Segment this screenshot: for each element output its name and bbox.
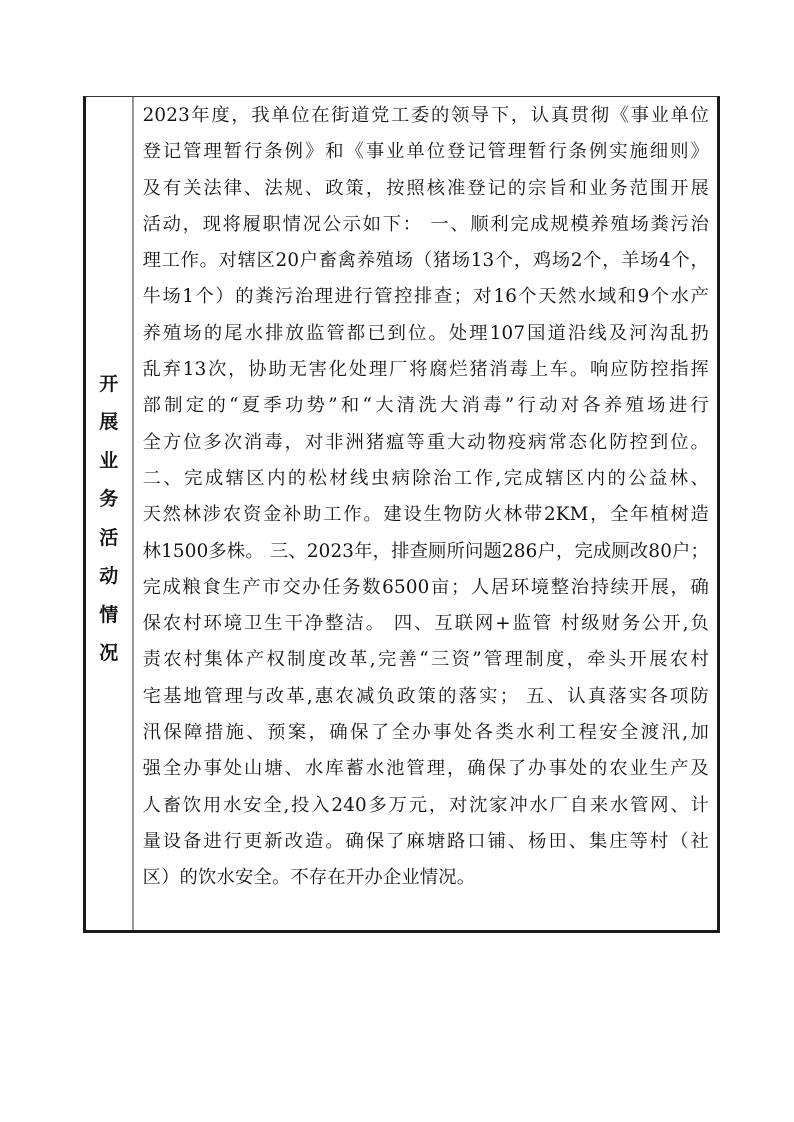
- document-page: 开 展 业 务 活 动 情 况 2023年度，我单位在街道党工委的领导下，认真贯…: [0, 0, 794, 1122]
- label-char: 动: [99, 557, 118, 596]
- activity-table: 开 展 业 务 活 动 情 况 2023年度，我单位在街道党工委的领导下，认真贯…: [83, 96, 720, 933]
- label-char: 开: [99, 365, 118, 404]
- text-line: 保农村环境卫生干净整洁。 四、互联网+监管 村级财务公开,负: [143, 606, 709, 642]
- label-cell: 开 展 业 务 活 动 情 况: [86, 97, 134, 930]
- text-line: 人畜饮用水安全,投入240多万元，对沈家冲水厂自来水管网、计: [143, 788, 709, 824]
- text-line: 登记管理暂行条例》和《事业单位登记管理暂行条例实施细则》: [143, 134, 709, 170]
- label-char: 业: [99, 442, 118, 481]
- text-line: 牛场1个）的粪污治理进行管控排查；对16个天然水域和9个水产: [143, 279, 709, 315]
- text-line: 责农村集体产权制度改革,完善“三资”管理制度，牵头开展农村: [143, 642, 709, 678]
- text-line: 天然林涉农资金补助工作。建设生物防火林带2KM，全年植树造: [143, 497, 709, 533]
- label-char: 展: [99, 403, 118, 442]
- label-char: 况: [99, 634, 118, 673]
- text-line: 部制定的“夏季功势”和“大清洗大消毒”行动对各养殖场进行: [143, 388, 709, 424]
- text-line: 量设备进行更新改造。确保了麻塘路口铺、杨田、集庄等村（社: [143, 824, 709, 860]
- label-char: 务: [99, 480, 118, 519]
- text-line: 完成粮食生产市交办任务数6500亩；人居环境整治持续开展，确: [143, 570, 709, 606]
- text-line: 宅基地管理与改革,惠农减负政策的落实； 五、认真落实各项防: [143, 679, 709, 715]
- activity-description: 2023年度，我单位在街道党工委的领导下，认真贯彻《事业单位 登记管理暂行条例》…: [143, 98, 709, 897]
- text-line: 强全办事处山塘、水库蓄水池管理，确保了办事处的农业生产及: [143, 751, 709, 787]
- text-line: 区）的饮水安全。不存在开办企业情况。: [143, 860, 709, 896]
- text-line: 林1500多株。 三、2023年，排查厕所问题286户，完成厕改80户；: [143, 534, 709, 570]
- text-line: 全方位多次消毒，对非洲猪瘟等重大动物疫病常态化防控到位。: [143, 425, 709, 461]
- text-line: 活动，现将履职情况公示如下： 一、顺利完成规模养殖场粪污治: [143, 207, 709, 243]
- text-line: 汛保障措施、预案，确保了全办事处各类水利工程安全渡汛,加: [143, 715, 709, 751]
- text-line: 二、完成辖区内的松材线虫病除治工作,完成辖区内的公益林、: [143, 461, 709, 497]
- text-line: 养殖场的尾水排放监管都已到位。处理107国道沿线及河沟乱扔: [143, 316, 709, 352]
- text-line: 2023年度，我单位在街道党工委的领导下，认真贯彻《事业单位: [143, 98, 709, 134]
- label-char: 情: [99, 596, 118, 635]
- text-line: 理工作。对辖区20户畜禽养殖场（猪场13个，鸡场2个，羊场4个，: [143, 243, 709, 279]
- content-cell: 2023年度，我单位在街道党工委的领导下，认真贯彻《事业单位 登记管理暂行条例》…: [134, 97, 717, 930]
- text-line: 乱弃13次，协助无害化处理厂将腐烂猪消毒上车。响应防控指挥: [143, 352, 709, 388]
- text-line: 及有关法律、法规、政策，按照核准登记的宗旨和业务范围开展: [143, 171, 709, 207]
- label-char: 活: [99, 519, 118, 558]
